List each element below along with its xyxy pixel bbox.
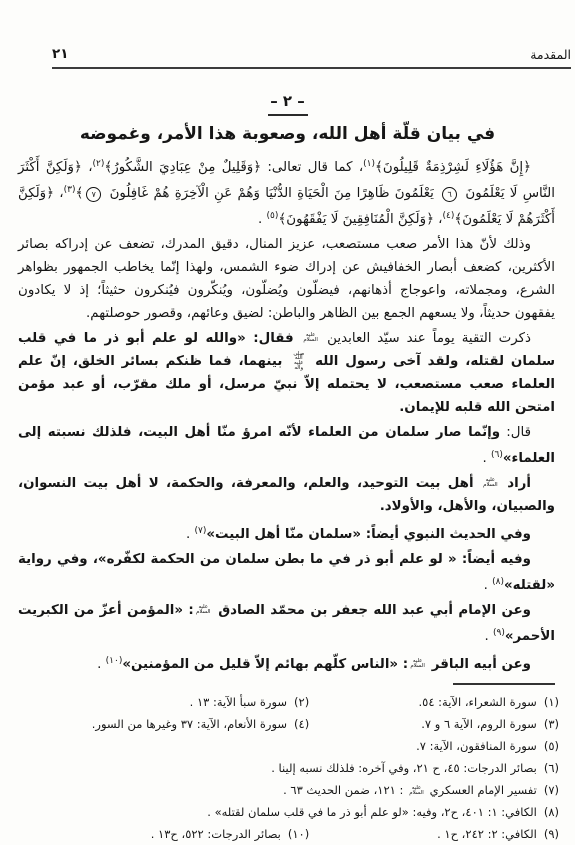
quran-text: ﴿وَقَلِيلٌ مِنْ عِبَادِيَ الشَّكُورُ﴾: [104, 160, 261, 175]
quran-text: ﴿وَلَكِنَّ الْمُنَافِقِينَ لَا يَفْقَهُو…: [278, 212, 434, 227]
verse-number-circle: ٦: [442, 187, 457, 202]
paragraph-salman: قال: وإنّما صار سلمان من العلماء لأنّه ا…: [18, 421, 555, 470]
footnote-row: (٣)سورة الروم، الآية ٦ و ٧.(٤)سورة الأنع…: [16, 713, 559, 735]
footnote-ref: (٣): [64, 185, 76, 195]
footnote-ref: (١٠): [106, 656, 123, 666]
hadith-text: وإنّما صار سلمان من العلماء لأنّه امرؤ م…: [18, 425, 555, 466]
body-text: .: [97, 657, 106, 672]
honorific-mark: عليه السلام: [194, 605, 213, 614]
footnote: (٧)تفسير الإمام العسكري عليه السلام : ١٢…: [16, 779, 559, 801]
body-text: ، كما قال تعالى:: [261, 160, 363, 175]
footnote-row: (١)سورة الشعراء، الآية: ٥٤.(٢)سورة سبأ ا…: [16, 691, 559, 713]
footnote: (٤)سورة الأنعام، الآية: ٣٧ وغيرها من الس…: [16, 713, 309, 735]
body-text: ذكرت التقية يوماً عند سيّد العابدين: [320, 331, 531, 346]
paragraph-sadiq-hadith: وعن الإمام أبي عبد الله جعفر بن محمّد ال…: [18, 599, 555, 648]
footnote: (٥)سورة المنافقون، الآية: ٧.: [16, 735, 559, 757]
quran-text: يَعْلَمُونَ ظَاهِرًا مِنَ الْحَيَاةِ الد…: [104, 186, 439, 201]
footnote-ref: (٩): [493, 628, 505, 638]
body-text: قال:: [500, 425, 531, 440]
hadith-text: وفي الحديث النبوي أيضاً: «سلمان منّا أهل…: [206, 527, 531, 542]
footnote-marker: (٥): [544, 739, 559, 753]
body-text: بصائر الدرجات: ٥٢٢، ح١٣ .: [151, 827, 281, 841]
body-text: ﴿إِنَّ هَؤُلَاءِ لَشِرْذِمَةٌ قَلِيلُونَ…: [18, 153, 555, 676]
hadith-text: أراد: [500, 476, 531, 491]
hadith-text: أهل بيت التوحيد، والعلم، والمعرفة، والحك…: [18, 476, 555, 514]
running-title: المقدمة: [530, 47, 571, 62]
hadith-text: وعن أبيه الباقر: [427, 657, 531, 672]
paragraph-taqiyya-hadith: ذكرت التقية يوماً عند سيّد العابدين عليه…: [18, 327, 555, 419]
honorific-mark: عليه السلام: [407, 786, 426, 795]
honorific-mark: عليه السلام: [481, 478, 500, 487]
honorific-mark: عليه السلام: [301, 333, 320, 342]
footnote-ref: (٤): [443, 211, 455, 221]
footnote-marker: (٢): [294, 695, 309, 709]
honorific-mark: عليه السلام: [408, 659, 427, 668]
footnote: (٣)سورة الروم، الآية ٦ و ٧.: [309, 713, 559, 735]
body-text: تفسير الإمام العسكري: [426, 783, 537, 797]
footnote-ref: (٧): [195, 526, 207, 536]
body-text: ،: [54, 186, 64, 201]
body-text: سورة الأنعام، الآية: ٣٧ وغيرها من السور.: [92, 717, 287, 731]
footnote-marker: (٦): [544, 761, 559, 775]
body-text: سورة الروم، الآية ٦ و ٧.: [421, 717, 537, 731]
footnote-ref: (١): [363, 159, 375, 169]
body-text: سورة سبأ الآية: ١٣ .: [190, 695, 287, 709]
body-text: : ١٢١، ضمن الحديث ٦٣ .: [283, 783, 407, 797]
footnote-row: (٦)بصائر الدرجات: ٤٥، ح ٢١، وفي آخره: فل…: [16, 757, 559, 779]
paragraph-prophetic-hadith: وفي الحديث النبوي أيضاً: «سلمان منّا أهل…: [18, 520, 555, 546]
body-text: .: [186, 527, 195, 542]
footnote: (٢)سورة سبأ الآية: ١٣ .: [16, 691, 309, 713]
footnote-marker: (١): [544, 695, 559, 709]
body-text: وذلك لأنّ هذا الأمر صعب مستصعب، عزيز الم…: [18, 237, 555, 321]
body-text: .: [482, 451, 491, 466]
book-page: المقدمة ٢١ – ٢ – في بيان قلّة أهل الله، …: [0, 0, 575, 845]
paragraph-ahl-albayt-meaning: أراد عليه السلام أهل بيت التوحيد، والعلم…: [18, 472, 555, 518]
footnote-marker: (١٠): [288, 827, 309, 841]
page-number: ٢١: [52, 46, 68, 62]
footnote-row: (٧)تفسير الإمام العسكري عليه السلام : ١٢…: [16, 779, 559, 801]
quran-text: ﴿إِنَّ هَؤُلَاءِ لَشِرْذِمَةٌ قَلِيلُونَ…: [375, 160, 531, 175]
footnote-row: (٥)سورة المنافقون، الآية: ٧.: [16, 735, 559, 757]
footnote-marker: (٩): [544, 827, 559, 841]
section-underline: [268, 114, 308, 116]
footnote: (١٠)بصائر الدرجات: ٥٢٢، ح١٣ .: [16, 823, 309, 845]
body-text: الكافي: ٢: ٢٤٢، ح١ .: [437, 827, 537, 841]
paragraph-quran-quotes: ﴿إِنَّ هَؤُلَاءِ لَشِرْذِمَةٌ قَلِيلُونَ…: [18, 153, 555, 231]
footnote-ref: (٥): [267, 211, 279, 221]
verse-number-circle: ٧: [86, 187, 101, 202]
hadith-text: وعن الإمام أبي عبد الله جعفر بن محمّد ال…: [213, 603, 531, 618]
body-text: سورة الشعراء، الآية: ٥٤.: [419, 695, 537, 709]
footnote-ref: (٦): [491, 450, 503, 460]
chapter-title: في بيان قلّة أهل الله، وصعوبة هذا الأمر،…: [20, 124, 555, 144]
footnote-ref: (٨): [492, 577, 504, 587]
body-text: سورة المنافقون، الآية: ٧.: [416, 739, 537, 753]
hadith-text: : «الناس كلّهم بهائم إلاّ قليل من المؤمن…: [122, 657, 408, 672]
quran-text: ﴾: [75, 186, 83, 201]
footnote: (٩)الكافي: ٢: ٢٤٢، ح١ .: [309, 823, 559, 845]
footnote-marker: (٣): [544, 717, 559, 731]
footnote-row: (٨)الكافي: ١: ٤٠١، ح٢، وفيه: «لو علم أبو…: [16, 801, 559, 823]
paragraph-baqir-hadith: وعن أبيه الباقر عليه السلام: «الناس كلّه…: [18, 650, 555, 676]
footnotes-section: (١)سورة الشعراء، الآية: ٥٤.(٢)سورة سبأ ا…: [16, 691, 559, 845]
running-header: المقدمة ٢١: [52, 46, 571, 69]
body-text: .: [484, 629, 493, 644]
body-text: الكافي: ١: ٤٠١، ح٢، وفيه: «لو علم أبو ذر…: [207, 805, 537, 819]
body-text: ،: [434, 212, 443, 227]
honorific-mark: صلى الله عليه وآله: [289, 352, 308, 370]
footnote: (٨)الكافي: ١: ٤٠١، ح٢، وفيه: «لو علم أبو…: [16, 801, 559, 823]
body-text: ،: [82, 160, 93, 175]
footnote: (١)سورة الشعراء، الآية: ٥٤.: [309, 691, 559, 713]
footnote-separator: [453, 683, 555, 685]
body-text: .: [484, 578, 493, 593]
paragraph-explanation: وذلك لأنّ هذا الأمر صعب مستصعب، عزيز الم…: [18, 233, 555, 325]
section-number: – ٢ –: [0, 92, 575, 110]
footnote-marker: (٤): [294, 717, 309, 731]
paragraph-abu-dhar: وفيه أيضاً: « لو علم أبو ذر في ما بطن سل…: [18, 548, 555, 597]
footnote-row: (٩)الكافي: ٢: ٢٤٢، ح١ .(١٠)بصائر الدرجات…: [16, 823, 559, 845]
footnote-marker: (٨): [544, 805, 559, 819]
footnote-ref: (٢): [93, 159, 105, 169]
hadith-text: وفيه أيضاً: « لو علم أبو ذر في ما بطن سل…: [18, 552, 555, 593]
footnote-marker: (٧): [544, 783, 559, 797]
footnote: (٦)بصائر الدرجات: ٤٥، ح ٢١، وفي آخره: فل…: [16, 757, 559, 779]
body-text: بصائر الدرجات: ٤٥، ح ٢١، وفي آخره: فلذلك…: [271, 761, 537, 775]
body-text: .: [258, 212, 267, 227]
